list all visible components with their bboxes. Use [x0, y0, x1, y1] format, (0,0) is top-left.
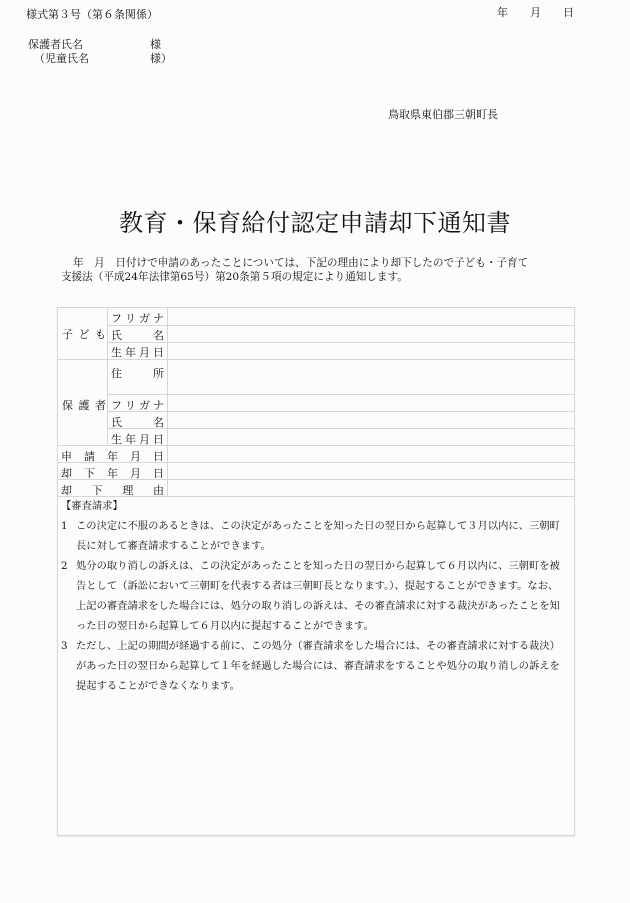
review-heading: 【審査請求】: [61, 497, 561, 515]
guardian-furigana-label: フリガナ: [111, 397, 164, 413]
document-title: 教育・保育給付認定申請却下通知書: [0, 203, 630, 238]
guardian-birthdate-field[interactable]: [169, 429, 572, 444]
review-item-1: 1この決定に不服のあるときは、この決定があったことを知った日の翌日から起算して３…: [61, 516, 561, 556]
guardian-furigana-field[interactable]: [169, 395, 572, 410]
recipient-child: （児童氏名 様）: [34, 50, 89, 66]
child-furigana-label: フリガナ: [111, 310, 164, 326]
review-item-3: 3ただし、上記の期間が経過する前に、この処分（審査請求をした場合には、その審査請…: [61, 636, 561, 696]
application-date-field[interactable]: [169, 446, 572, 461]
review-item-2: 2処分の取り消しの訴えは、この決定があったことを知った日の翌日から起算して６月以…: [61, 556, 561, 636]
issuer: 鳥取県東伯郡三朝町長: [388, 106, 498, 122]
rejection-reason-field[interactable]: [169, 480, 572, 495]
guardian-name-field[interactable]: [169, 412, 572, 427]
form-number: 様式第３号（第６条関係）: [26, 6, 158, 22]
child-furigana-field[interactable]: [169, 309, 572, 324]
child-honorific: 様）: [150, 50, 172, 66]
child-group-label: 子ども: [62, 326, 106, 342]
application-date-label: 申請年月日: [61, 448, 164, 464]
review-request-notice: 【審査請求】 1この決定に不服のあるときは、この決定があったことを知った日の翌日…: [61, 497, 561, 696]
notice-table: 子ども フリガナ 氏名 生年月日 保護者 住所 フリガナ 氏名 生年月日 申請年…: [57, 307, 575, 836]
date-day: 日: [563, 4, 574, 20]
guardian-birthdate-label: 生年月日: [111, 431, 164, 447]
child-name-field[interactable]: [169, 326, 572, 341]
child-name-label: （児童氏名: [34, 52, 89, 65]
date-year: 年: [497, 4, 508, 20]
rejection-date-label: 却下年月日: [61, 465, 164, 481]
intro-paragraph: 年 月 日付けで申請のあったことについては、下記の理由により却下したので子ども・…: [73, 256, 573, 284]
intro-line-1: 年 月 日付けで申請のあったことについては、下記の理由により却下したので子ども・…: [73, 257, 528, 269]
child-birthdate-label: 生年月日: [111, 344, 164, 360]
date-month: 月: [530, 4, 541, 20]
guardian-address-label: 住所: [111, 365, 164, 381]
guardian-group-label: 保護者: [62, 397, 106, 413]
rejection-reason-label: 却下理由: [61, 482, 164, 498]
child-birthdate-field[interactable]: [169, 343, 572, 358]
intro-line-2: 支援法（平成24年法律第65号）第20条第５項の規定により通知します。: [61, 270, 573, 284]
child-name-label: 氏名: [111, 327, 164, 343]
guardian-address-field[interactable]: [169, 360, 572, 393]
guardian-name-label: 氏名: [111, 414, 164, 430]
issue-date: 年月日: [497, 4, 574, 20]
rejection-date-field[interactable]: [169, 463, 572, 478]
